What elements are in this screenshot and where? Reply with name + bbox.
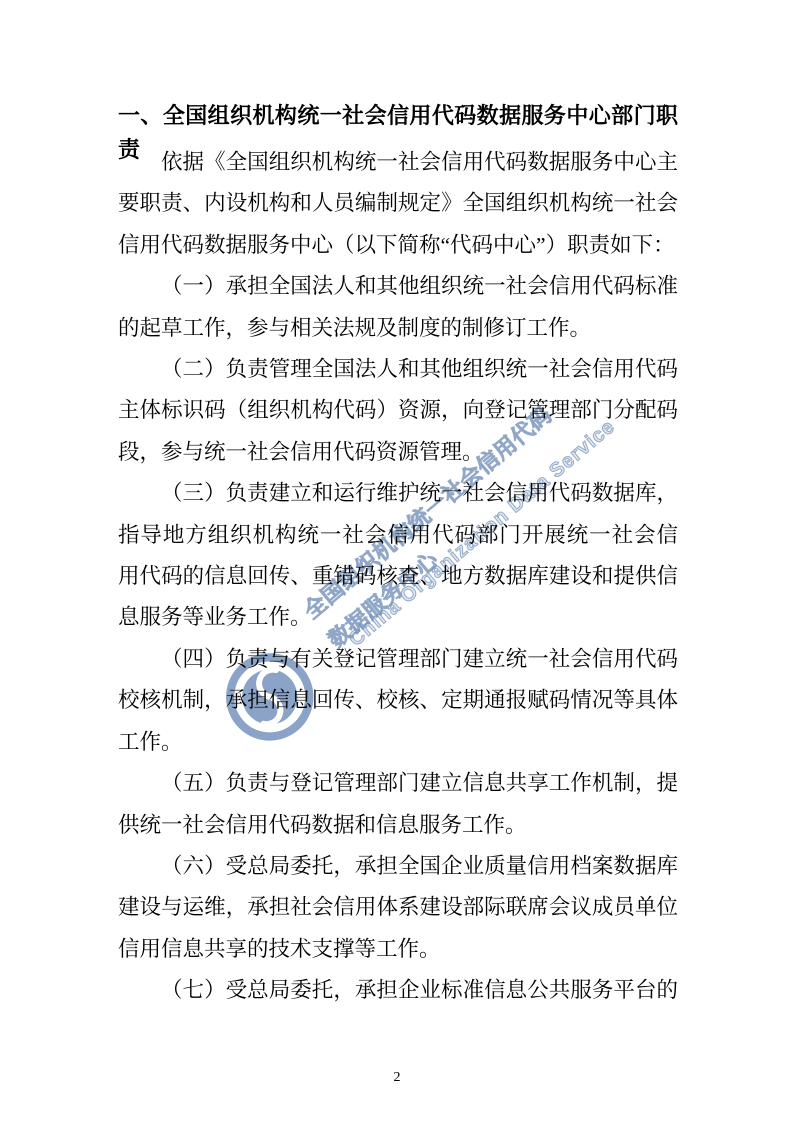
text-line: 用代码的信息回传、重错码核查、地方数据库建设和提供信 [118, 556, 678, 597]
text-line: 供统一社会信用代码数据和信息服务工作。 [118, 805, 678, 846]
text-line: 息服务等业务工作。 [118, 597, 678, 638]
text-line: 信用信息共享的技术支撑等工作。 [118, 929, 678, 970]
text-line: 校核机制，承担信息回传、校核、定期通报赋码情况等具体 [118, 680, 678, 721]
text-line: （七）受总局委托，承担企业标准信息公共服务平台的 [118, 970, 678, 1011]
text-line: 指导地方组织机构统一社会信用代码部门开展统一社会信 [118, 515, 678, 556]
text-line: （三）负责建立和运行维护统一社会信用代码数据库， [118, 473, 678, 514]
text-line: 依据《全国组织机构统一社会信用代码数据服务中心主 [118, 142, 678, 183]
page-number: 2 [0, 1068, 794, 1088]
text-line: 工作。 [118, 722, 678, 763]
text-line: 建设与运维，承担社会信用体系建设部际联席会议成员单位 [118, 887, 678, 928]
document-page: 全国组织机构统一社会信用代码 数据服务中心 China Organization… [0, 0, 794, 1123]
text-line: （五）负责与登记管理部门建立信息共享工作机制，提 [118, 763, 678, 804]
text-line: 段，参与统一社会信用代码资源管理。 [118, 432, 678, 473]
text-line: 要职责、内设机构和人员编制规定》全国组织机构统一社会 [118, 183, 678, 224]
text-line: （二）负责管理全国法人和其他组织统一社会信用代码 [118, 349, 678, 390]
text-line: （四）负责与有关登记管理部门建立统一社会信用代码 [118, 639, 678, 680]
text-line: 的起草工作，参与相关法规及制度的制修订工作。 [118, 308, 678, 349]
text-line: 信用代码数据服务中心（以下简称“代码中心”）职责如下： [118, 225, 678, 266]
text-line: 主体标识码（组织机构代码）资源，向登记管理部门分配码 [118, 390, 678, 431]
document-body: 依据《全国组织机构统一社会信用代码数据服务中心主要职责、内设机构和人员编制规定》… [118, 142, 678, 1012]
text-line: （六）受总局委托，承担全国企业质量信用档案数据库 [118, 846, 678, 887]
text-line: （一）承担全国法人和其他组织统一社会信用代码标准 [118, 266, 678, 307]
